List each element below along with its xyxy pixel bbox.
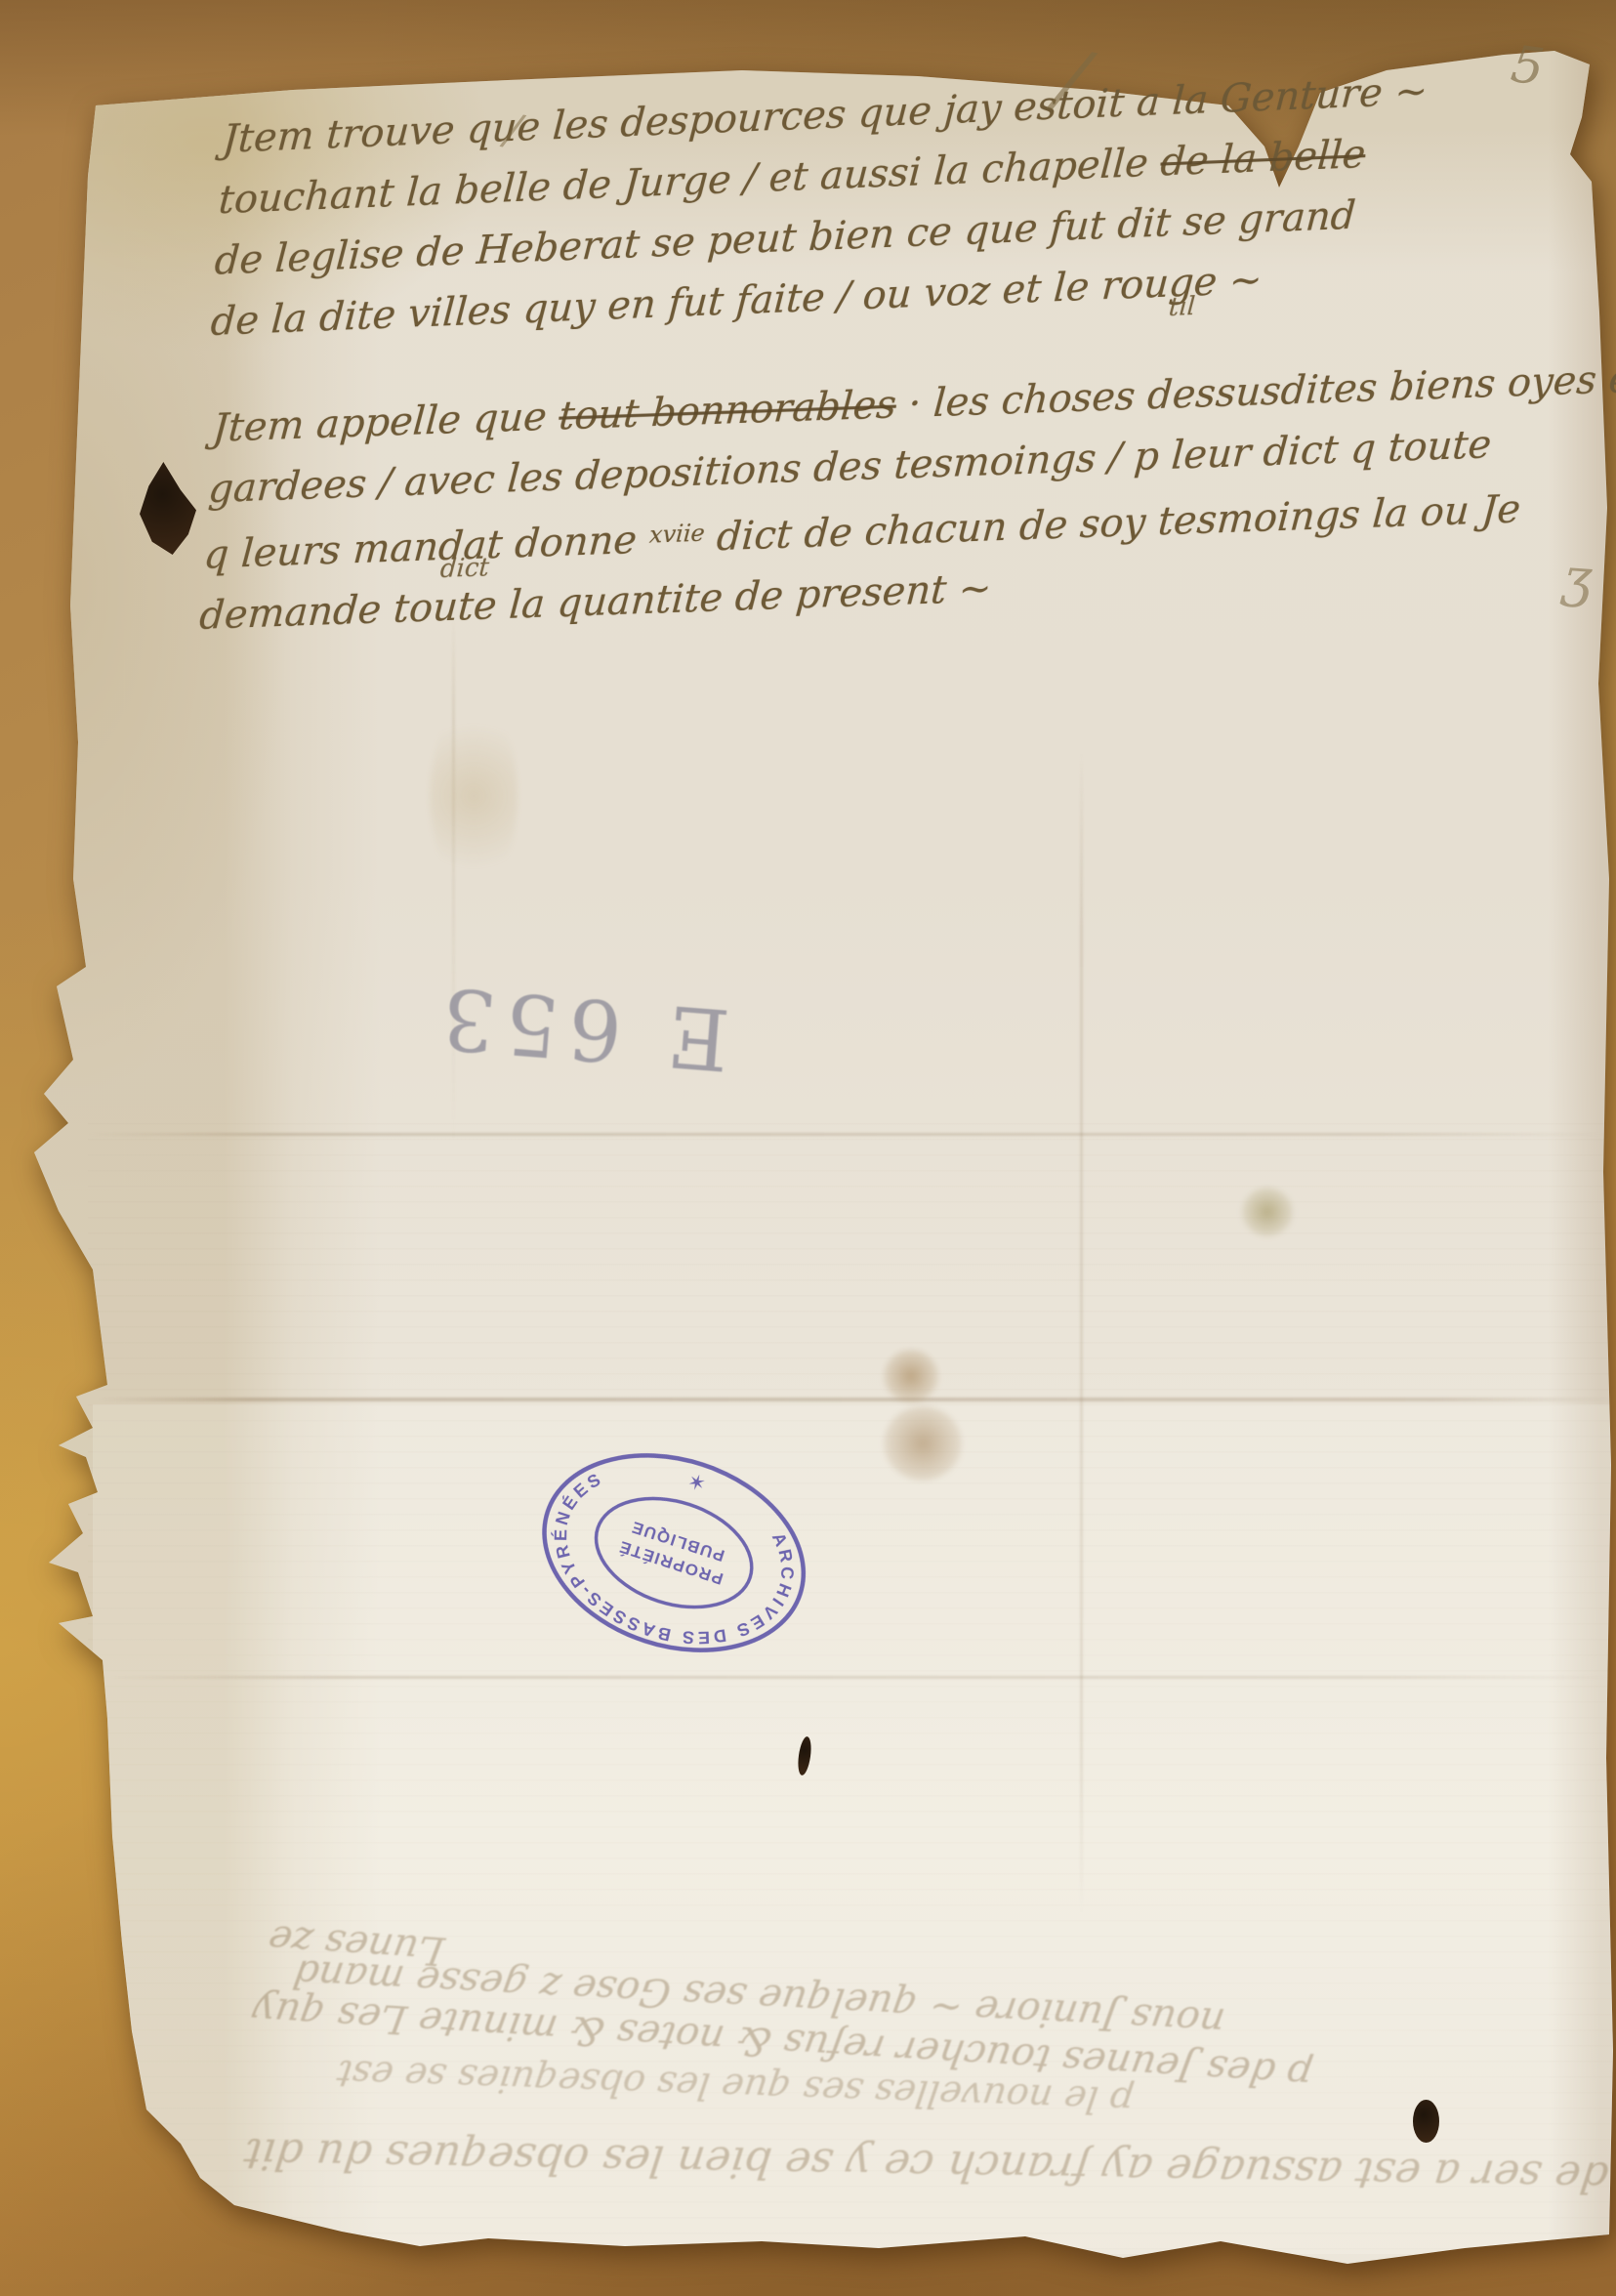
ink-stain xyxy=(1242,1188,1293,1236)
crease-line xyxy=(88,1133,1606,1136)
water-stain xyxy=(430,703,518,889)
fold-line xyxy=(98,1398,1616,1401)
struck-text: de la belle xyxy=(1159,132,1367,186)
crease-line xyxy=(103,1676,1616,1679)
interline-word: dict xyxy=(439,553,490,584)
photograph: Jtem trouve que les despources que jay e… xyxy=(0,0,1616,2296)
paper-lower-sheen xyxy=(93,1404,1616,2254)
stamp-star-icon: ✶ xyxy=(684,1467,709,1495)
edge-ink-squiggle: ʒ xyxy=(1560,546,1595,609)
ink-stain xyxy=(884,1350,938,1402)
ink-stain xyxy=(884,1406,962,1481)
handwriting-paragraph-2: Jtem appelle que tout bonnorables · les … xyxy=(197,349,1616,647)
paper-hole xyxy=(1413,2100,1439,2143)
superscript-word: xviie xyxy=(648,520,706,549)
interline-word: til xyxy=(1168,292,1196,322)
crease-line-vertical xyxy=(1080,752,1083,1914)
struck-text: tout bonnorables xyxy=(558,383,898,439)
handwriting-paragraph-1: Jtem trouve que les despources que jay e… xyxy=(209,61,1430,352)
